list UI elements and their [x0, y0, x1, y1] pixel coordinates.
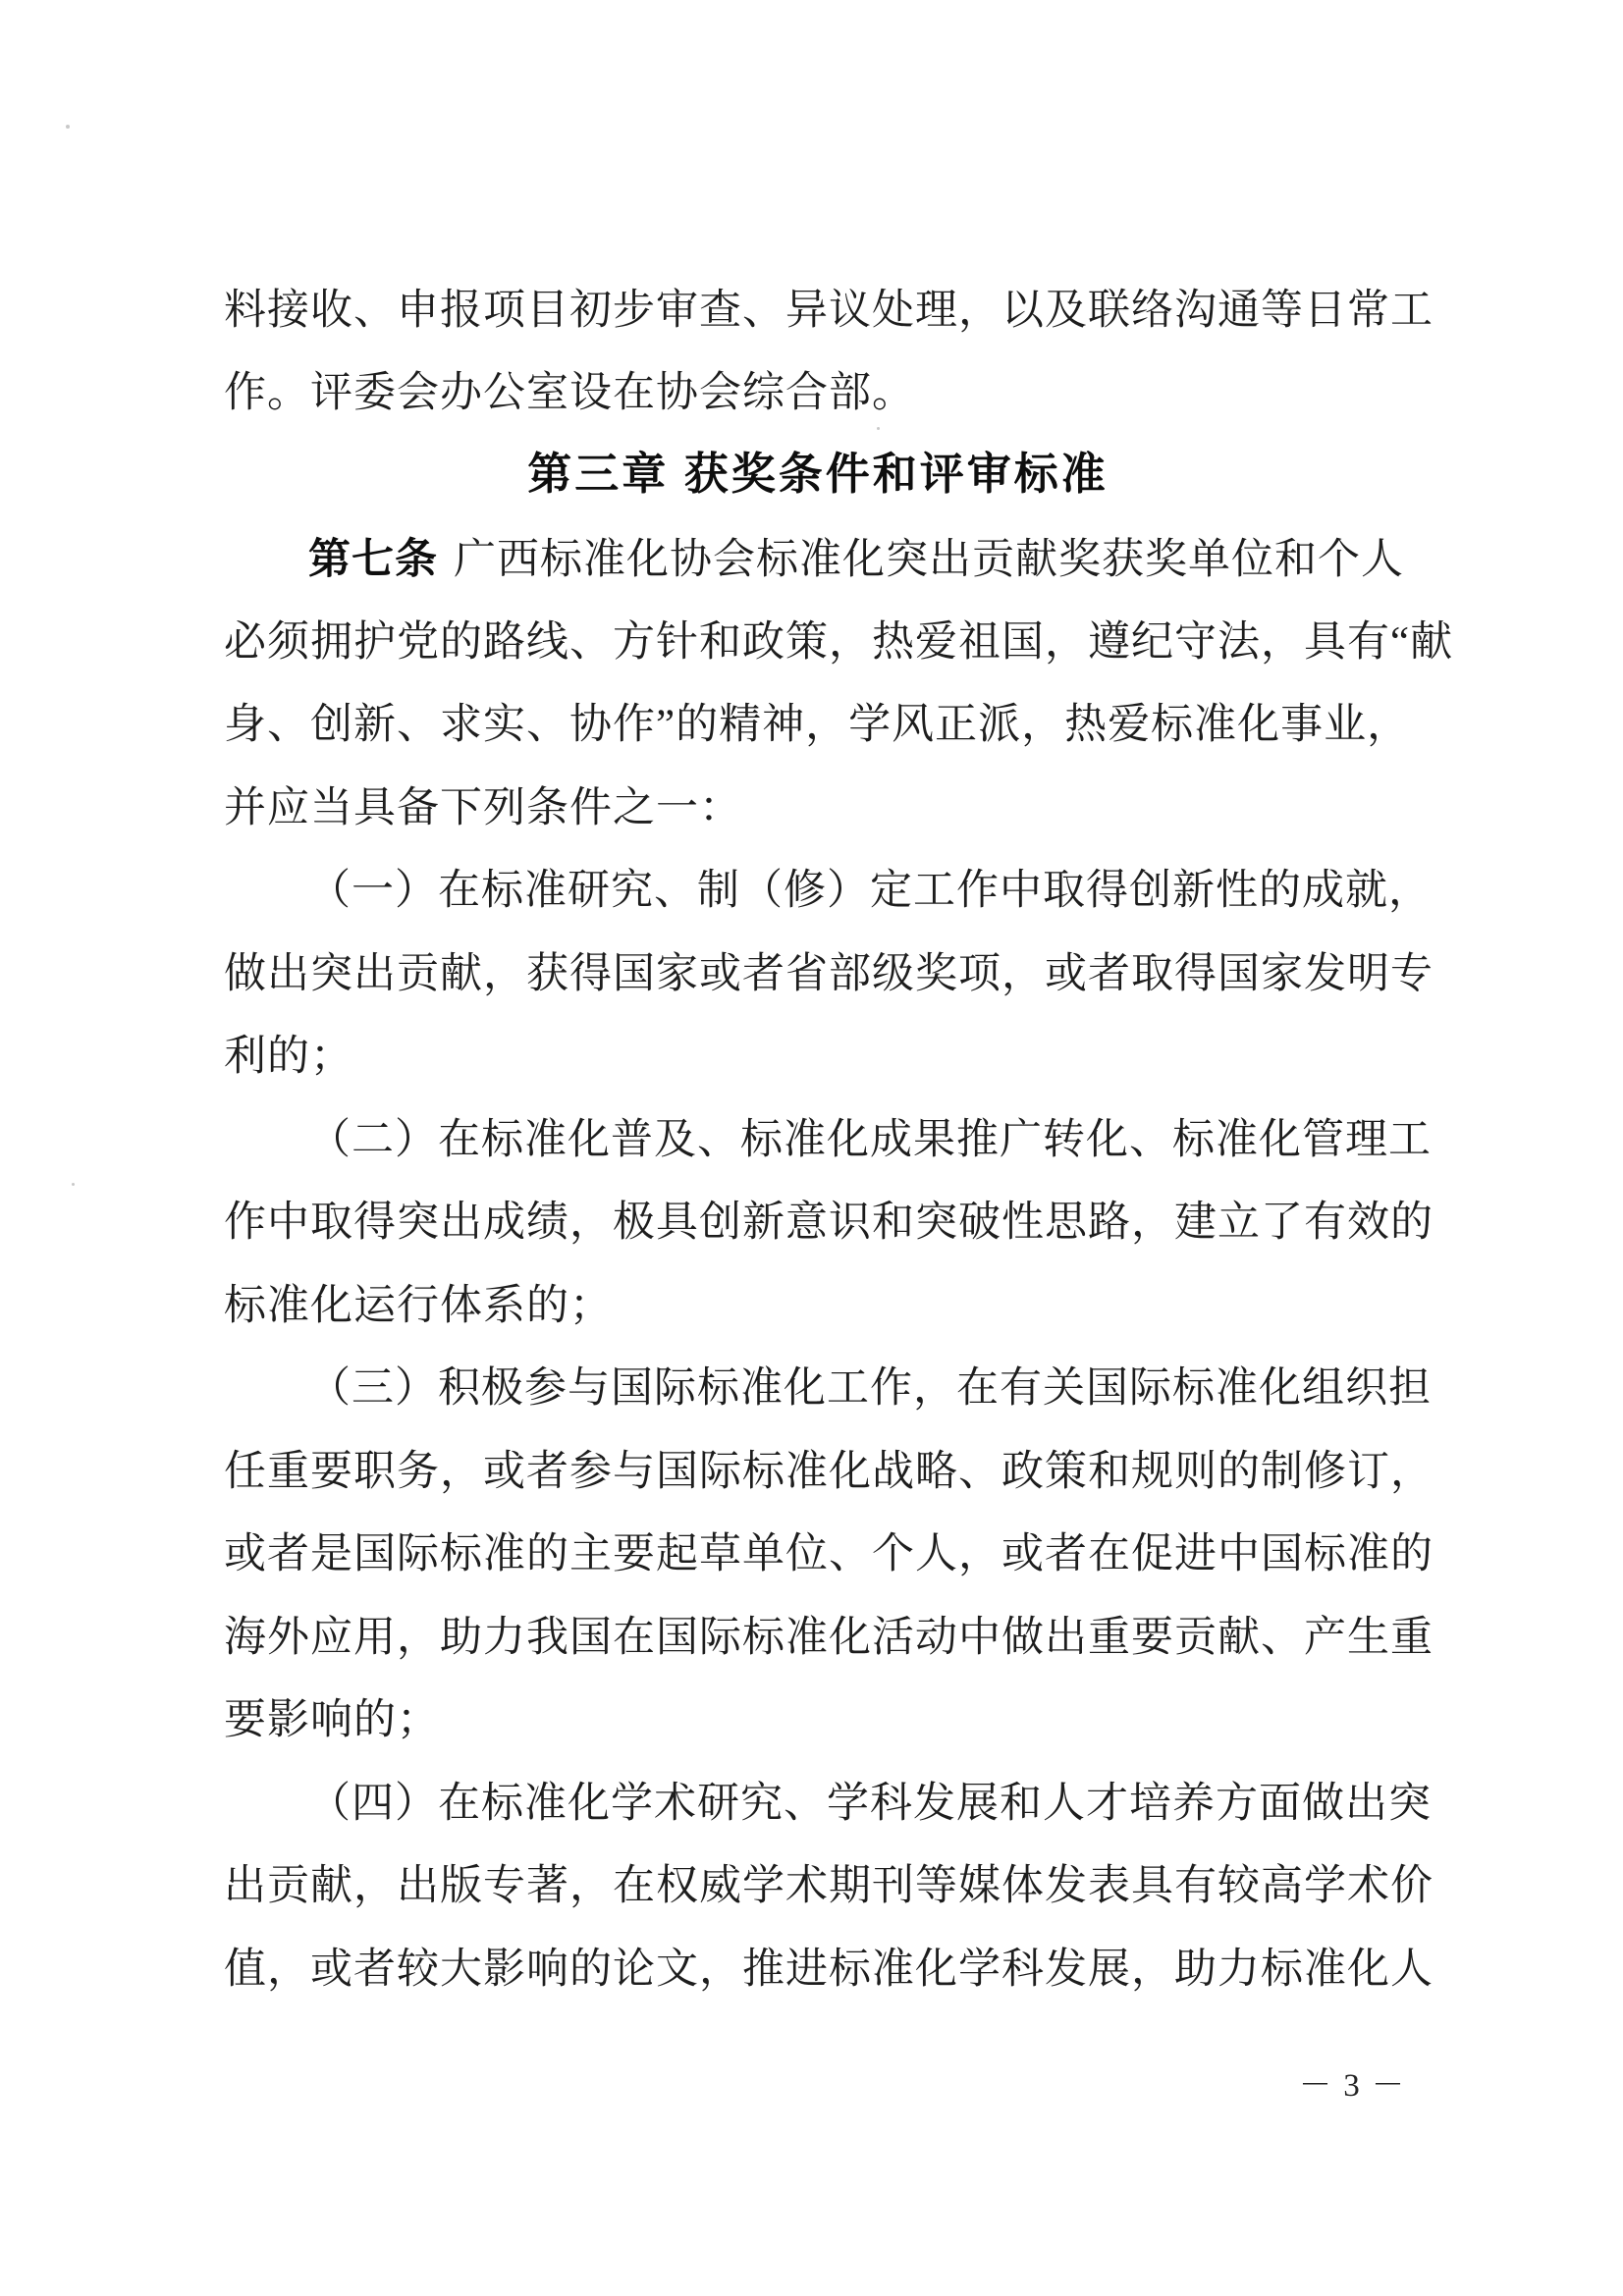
- text-line: 值，或者较大影响的论文，推进标准化学科发展，助力标准化人: [224, 1947, 1412, 1994]
- text-line: （二）在标准化普及、标准化成果推广转化、标准化管理工: [224, 1117, 1412, 1164]
- scan-speck: [72, 1183, 75, 1186]
- document-page: 料接收、申报项目初步审查、异议处理，以及联络沟通等日常工 作。评委会办公室设在协…: [0, 0, 1623, 2296]
- text-line: （一）在标准研究、制（修）定工作中取得创新性的成就，: [224, 868, 1412, 915]
- text-line: 利的；: [224, 1034, 1412, 1081]
- text-line: 第七条广西标准化协会标准化突出贡献奖获奖单位和个人: [224, 536, 1412, 584]
- text-line: 料接收、申报项目初步审查、异议处理，以及联络沟通等日常工: [224, 288, 1412, 335]
- scan-speck: [877, 427, 880, 430]
- page-number: － 3 －: [224, 2059, 1406, 2106]
- line-text: 广西标准化协会标准化突出贡献奖获奖单位和个人: [454, 537, 1404, 583]
- text-line: 必须拥护党的路线、方针和政策，热爱祖国，遵纪守法，具有“献: [224, 619, 1412, 667]
- text-line: （四）在标准化学术研究、学科发展和人才培养方面做出突: [224, 1781, 1412, 1828]
- text-line: 并应当具备下列条件之一：: [224, 785, 1412, 832]
- scan-speck: [66, 125, 70, 129]
- text-line: 身、创新、求实、协作”的精神，学风正派，热爱标准化事业，: [224, 702, 1412, 749]
- text-line: 作。评委会办公室设在协会综合部。: [224, 370, 1412, 417]
- text-line: 做出突出贡献，获得国家或者省部级奖项，或者取得国家发明专: [224, 951, 1412, 998]
- chapter-heading: 第三章 获奖条件和评审标准: [224, 450, 1412, 499]
- text-line: 任重要职务，或者参与国际标准化战略、政策和规则的制修订，: [224, 1449, 1412, 1496]
- text-line: 或者是国际标准的主要起草单位、个人，或者在促进中国标准的: [224, 1531, 1412, 1578]
- text-line: 标准化运行体系的；: [224, 1283, 1412, 1330]
- text-line: 要影响的；: [224, 1697, 1412, 1744]
- text-line: 作中取得突出成绩，极具创新意识和突破性思路，建立了有效的: [224, 1200, 1412, 1247]
- article-number: 第七条: [308, 536, 438, 583]
- text-line: 出贡献，出版专著，在权威学术期刊等媒体发表具有较高学术价: [224, 1863, 1412, 1910]
- text-line: 海外应用，助力我国在国际标准化活动中做出重要贡献、产生重: [224, 1615, 1412, 1662]
- text-line: （三）积极参与国际标准化工作，在有关国际标准化组织担: [224, 1365, 1412, 1413]
